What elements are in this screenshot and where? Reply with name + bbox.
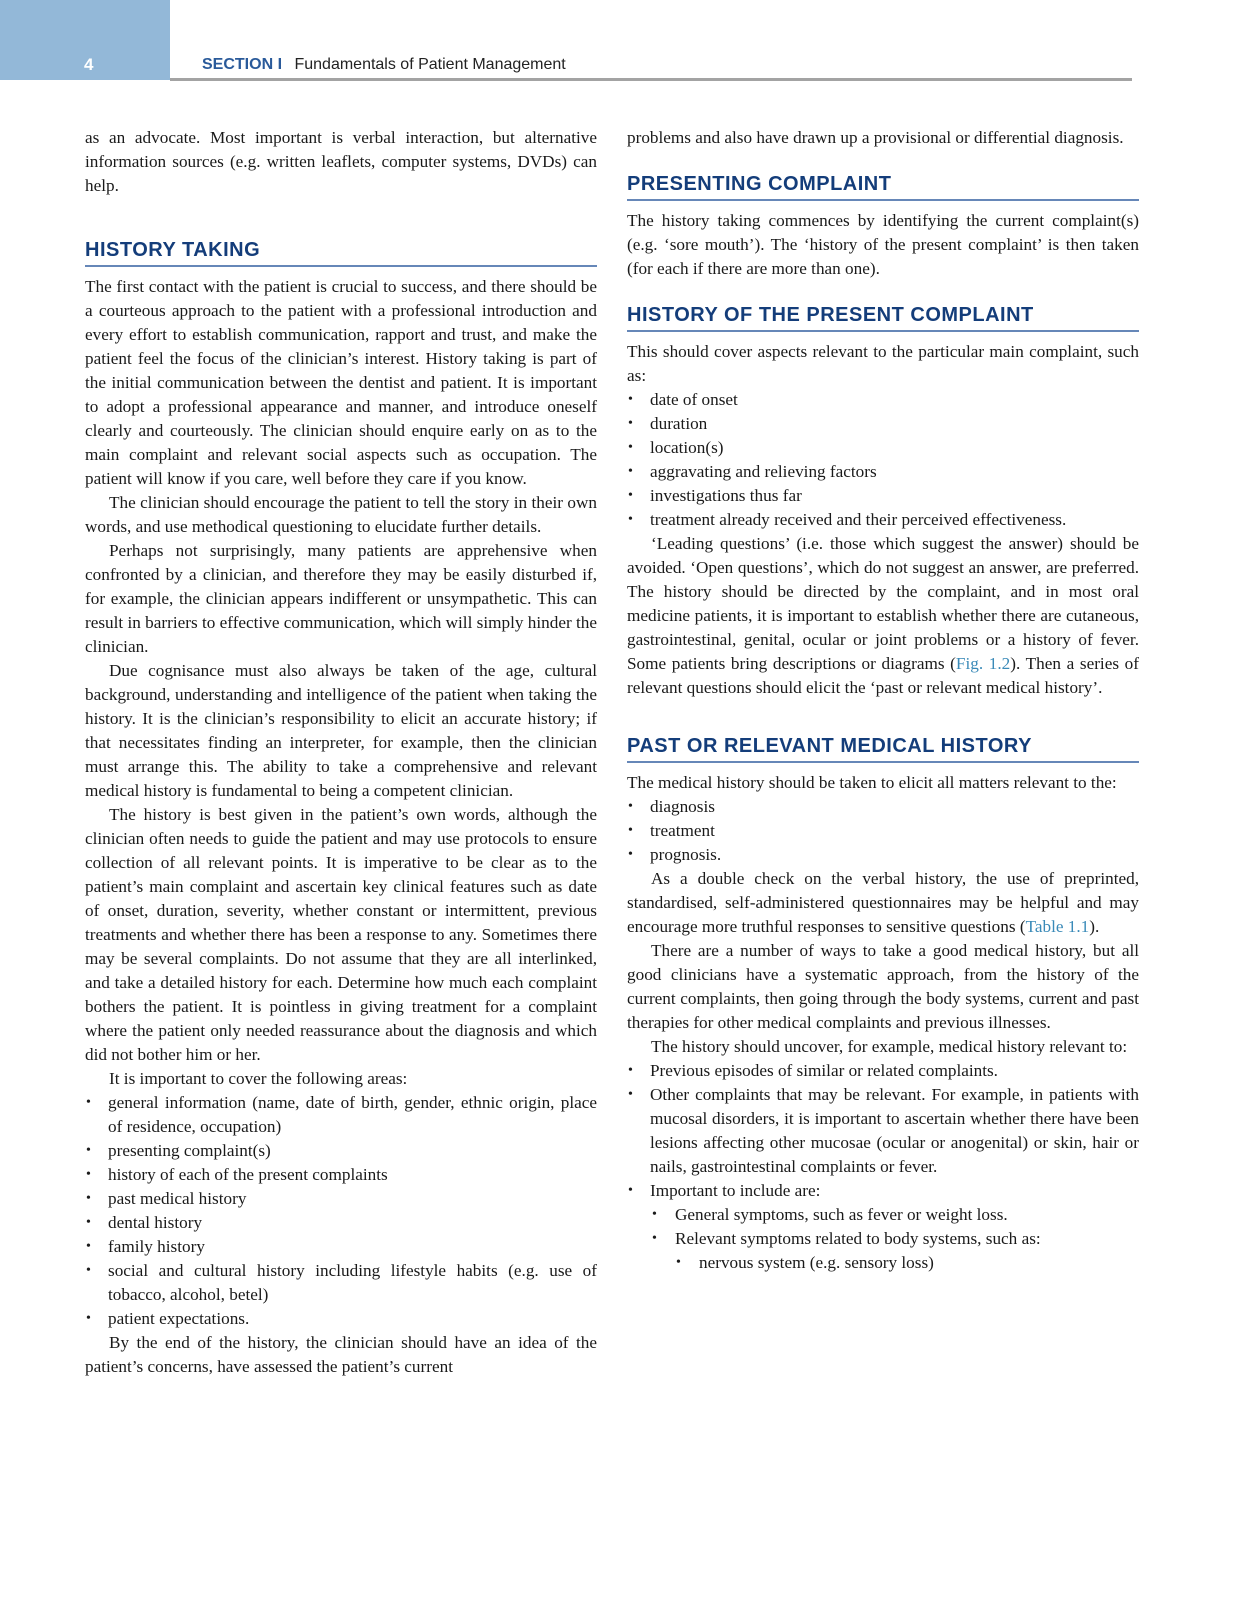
heading-presenting-complaint: PRESENTING COMPLAINT [627,172,1139,201]
heading-history-present-complaint: HISTORY OF THE PRESENT COMPLAINT [627,303,1139,332]
list-item: family history [85,1235,597,1259]
list-item: past medical history [85,1187,597,1211]
paragraph: Perhaps not surprisingly, many patients … [85,539,597,659]
paragraph: The clinician should encourage the patie… [85,491,597,539]
text: ‘Leading questions’ (i.e. those which su… [627,534,1139,673]
list-item: treatment already received and their per… [627,508,1139,532]
paragraph: The medical history should be taken to e… [627,771,1139,795]
paragraph: The history taking commences by identify… [627,209,1139,281]
systems-sublist: nervous system (e.g. sensory loss) [627,1251,1139,1275]
paragraph: The first contact with the patient is cr… [85,275,597,491]
list-item: Previous episodes of similar or related … [627,1059,1139,1083]
list-item: treatment [627,819,1139,843]
heading-history-taking: HISTORY TAKING [85,238,597,267]
list-item: dental history [85,1211,597,1235]
heading-past-medical-history: PAST OR RELEVANT MEDICAL HISTORY [627,734,1139,763]
right-column: problems and also have drawn up a provis… [627,126,1139,1275]
running-header: SECTION I Fundamentals of Patient Manage… [202,56,566,74]
list-item: investigations thus far [627,484,1139,508]
list-item: nervous system (e.g. sensory loss) [675,1251,1139,1275]
intro-paragraph: problems and also have drawn up a provis… [627,126,1139,150]
figure-link[interactable]: Fig. 1.2 [956,654,1010,673]
list-item: Other complaints that may be relevant. F… [627,1083,1139,1179]
paragraph: It is important to cover the following a… [85,1067,597,1091]
include-sublist: General symptoms, such as fever or weigh… [627,1203,1139,1251]
section-label: SECTION I [202,56,282,73]
text: ). [1089,917,1099,936]
list-item: patient expectations. [85,1307,597,1331]
paragraph: This should cover aspects relevant to th… [627,340,1139,388]
aspects-list: date of onset duration location(s) aggra… [627,388,1139,532]
list-item: date of onset [627,388,1139,412]
list-item: duration [627,412,1139,436]
medical-history-list: Previous episodes of similar or related … [627,1059,1139,1203]
areas-list: general information (name, date of birth… [85,1091,597,1331]
list-item: diagnosis [627,795,1139,819]
paragraph: The history is best given in the patient… [85,803,597,1067]
intro-paragraph: as an advocate. Most important is verbal… [85,126,597,198]
page-number: 4 [84,55,93,75]
paragraph: Due cognisance must also always be taken… [85,659,597,803]
paragraph: ‘Leading questions’ (i.e. those which su… [627,532,1139,700]
list-item: presenting complaint(s) [85,1139,597,1163]
paragraph: There are a number of ways to take a goo… [627,939,1139,1035]
list-item: General symptoms, such as fever or weigh… [651,1203,1139,1227]
list-item: aggravating and relieving factors [627,460,1139,484]
list-item: prognosis. [627,843,1139,867]
paragraph: By the end of the history, the clinician… [85,1331,597,1379]
paragraph: As a double check on the verbal history,… [627,867,1139,939]
table-link[interactable]: Table 1.1 [1026,917,1090,936]
left-column: as an advocate. Most important is verbal… [85,126,597,1379]
section-title: Fundamentals of Patient Management [294,56,565,73]
list-item: social and cultural history including li… [85,1259,597,1307]
list-item: general information (name, date of birth… [85,1091,597,1139]
list-item: Important to include are: [627,1179,1139,1203]
header-rule [170,78,1132,81]
list-item: history of each of the present complaint… [85,1163,597,1187]
paragraph: The history should uncover, for example,… [627,1035,1139,1059]
relevance-list: diagnosis treatment prognosis. [627,795,1139,867]
list-item: location(s) [627,436,1139,460]
list-item: Relevant symptoms related to body system… [651,1227,1139,1251]
